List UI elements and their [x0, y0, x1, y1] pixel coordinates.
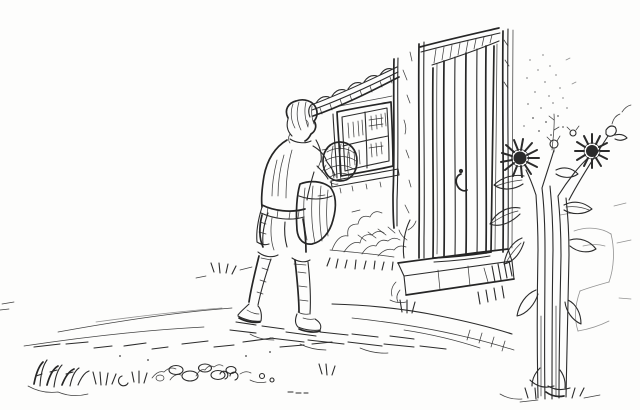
doorstep — [332, 249, 514, 351]
sunflower-leaves — [490, 168, 596, 324]
engraving-page: A man seen from behind, satchel at his h… — [0, 0, 640, 410]
sunflower-stalks — [526, 114, 608, 399]
rear-leg — [238, 256, 271, 322]
sunflower-head-2 — [575, 134, 609, 168]
sunflowers — [490, 54, 631, 402]
sunflower-base — [500, 368, 600, 402]
man-head — [286, 100, 317, 143]
door — [419, 28, 500, 262]
sunflower-buds — [547, 105, 631, 152]
satchel — [296, 182, 335, 245]
door-post-right — [503, 29, 513, 252]
sunflower-head-1 — [501, 139, 539, 177]
cast-shadow — [230, 322, 480, 353]
pebbles — [119, 351, 308, 393]
front-leg — [295, 260, 321, 332]
stone-wall — [560, 203, 631, 331]
speckles — [523, 54, 576, 136]
grass-cluster-left — [28, 360, 89, 396]
engraving-illustration: A man seen from behind, satchel at his h… — [0, 0, 640, 410]
shrubs — [327, 212, 416, 270]
grass-mid — [93, 364, 335, 386]
man-sash — [261, 205, 305, 219]
breeches — [258, 215, 310, 265]
foreground — [0, 263, 480, 396]
